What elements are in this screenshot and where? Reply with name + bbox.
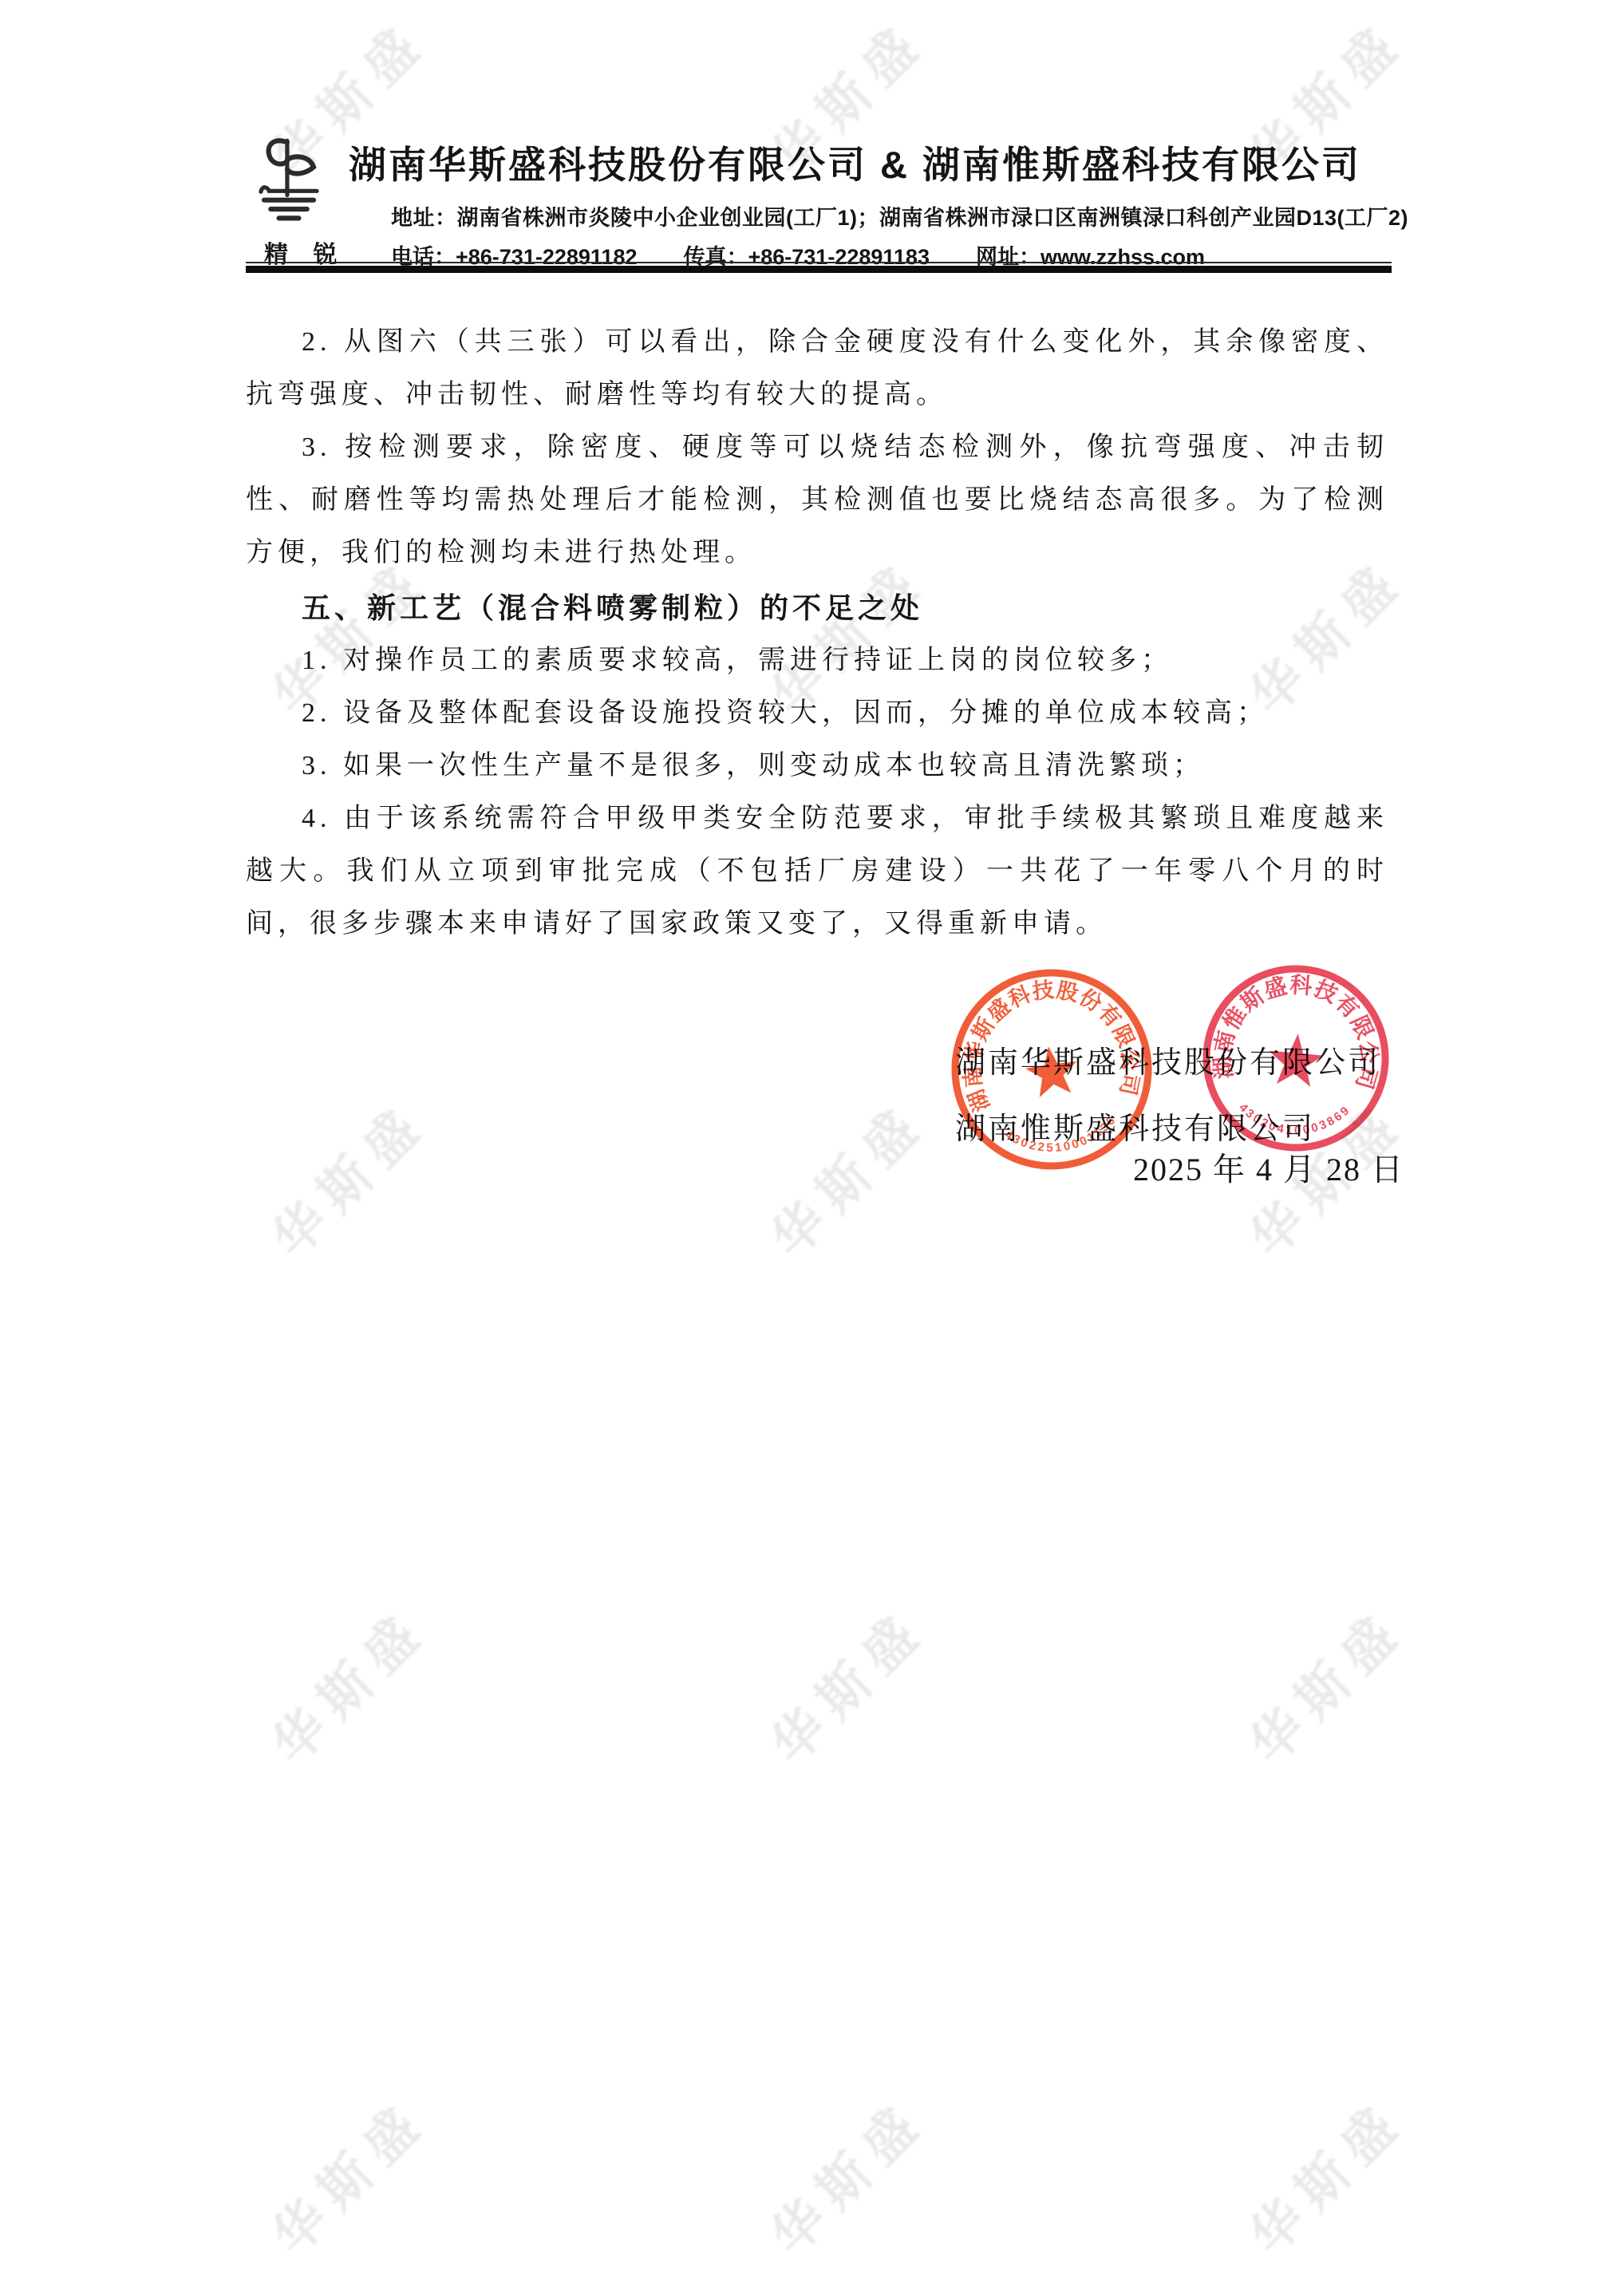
seal-star-icon bbox=[1266, 1031, 1325, 1088]
list-item-4: 4. 由于该系统需符合甲级甲类安全防范要求，审批手续极其繁琐且难度越来越大。我们… bbox=[246, 792, 1388, 950]
address-line: 地址：湖南省株洲市炎陵中小企业创业园(工厂1)；湖南省株洲市渌口区南洲镇渌口科创… bbox=[391, 200, 1408, 231]
paragraph-3: 3. 按检测要求，除密度、硬度等可以烧结态检测外，像抗弯强度、冲击韧性、耐磨性等… bbox=[246, 421, 1388, 579]
section-heading: 五、新工艺（混合料喷雾制粒）的不足之处 bbox=[246, 582, 1388, 634]
document-body: 2. 从图六（共三张）可以看出，除合金硬度没有什么变化外，其余像密度、抗弯强度、… bbox=[246, 316, 1388, 950]
watermark-text: 华斯盛 bbox=[752, 1084, 940, 1271]
document-page: 华斯盛华斯盛华斯盛华斯盛华斯盛华斯盛华斯盛华斯盛华斯盛华斯盛华斯盛华斯盛华斯盛华… bbox=[0, 0, 1623, 2296]
watermark-text: 华斯盛 bbox=[1231, 2081, 1419, 2269]
watermark-text: 华斯盛 bbox=[752, 2081, 940, 2269]
watermark-text: 华斯盛 bbox=[752, 1591, 940, 1778]
company-seal-huasisheng: 湖南华斯盛科技股份有限公司 43022510001136 bbox=[930, 948, 1174, 1191]
seal-company-arc: 湖南华斯盛科技股份有限公司 bbox=[949, 966, 1148, 1123]
logo-caption: 精 锐 bbox=[264, 235, 347, 270]
company-title: 湖南华斯盛科技股份有限公司 & 湖南惟斯盛科技有限公司 bbox=[349, 136, 1418, 189]
watermark-text: 华斯盛 bbox=[254, 1084, 441, 1271]
paragraph-2: 2. 从图六（共三张）可以看出，除合金硬度没有什么变化外，其余像密度、抗弯强度、… bbox=[246, 316, 1388, 421]
watermark-text: 华斯盛 bbox=[254, 1591, 441, 1778]
list-item-3: 3. 如果一次性生产量不是很多，则变动成本也较高且清洗繁琐； bbox=[246, 740, 1388, 792]
list-item-1: 1. 对操作员工的素质要求较高，需进行持证上岗的岗位较多； bbox=[246, 634, 1388, 687]
seal-star-icon bbox=[1023, 1043, 1081, 1099]
seal-number-arc: 43022510001136 bbox=[1001, 1112, 1123, 1163]
company-logo-flag-boat-icon bbox=[239, 134, 338, 233]
watermark-text: 华斯盛 bbox=[254, 2081, 441, 2269]
header-divider-thick bbox=[246, 266, 1392, 273]
header-divider-thin bbox=[246, 262, 1392, 263]
company-seal-weisisheng: 湖南惟斯盛科技有限公司 43020410003869 bbox=[1188, 950, 1404, 1167]
list-item-2: 2. 设备及整体配套设备设施投资较大，因而，分摊的单位成本较高； bbox=[246, 687, 1388, 740]
watermark-text: 华斯盛 bbox=[1231, 1591, 1419, 1778]
